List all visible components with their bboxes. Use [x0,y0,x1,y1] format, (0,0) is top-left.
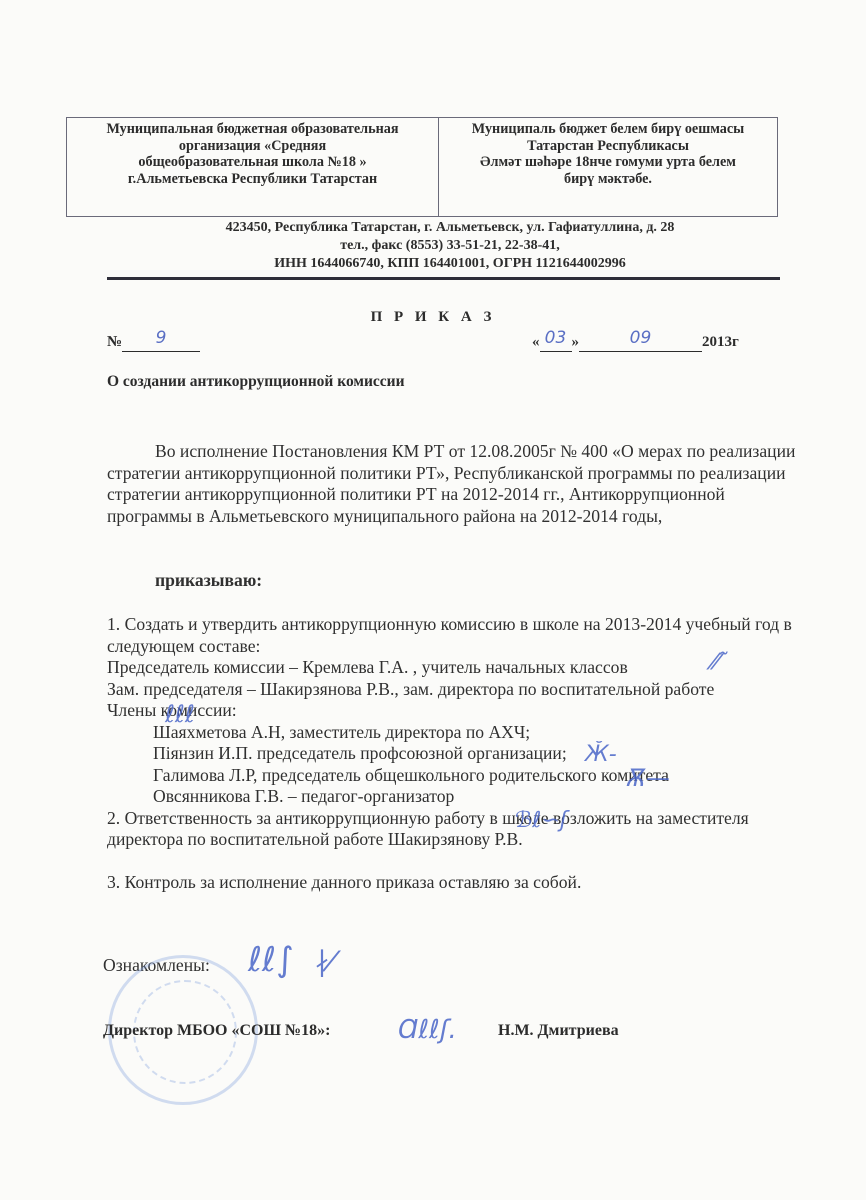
signature-mark-vice-chair: ℓℓℓ [165,700,195,728]
letterhead-tatar: Муниципаль бюджет белем бирү оешмасы Тат… [439,118,777,216]
letterhead-line: Татарстан Республикасы [439,138,777,155]
handwritten-month: 09 [579,328,702,348]
order-date: «03 »09 2013г [532,334,739,352]
letterhead-line: бирү мәктәбе. [439,171,777,188]
number-blank: 9 [122,334,200,352]
document-title: П Р И К А З [0,309,866,326]
chair-line: Председатель комиссии – Кремлева Г.А. , … [107,657,807,679]
members-label: Члены комиссии: [107,700,807,722]
letterhead-line: Муниципальная бюджетная образовательная [67,121,438,138]
member-item: Шаяхметова А.Н, заместитель директора по… [107,722,807,744]
preamble: Во исполнение Постановления КМ РТ от 12.… [107,441,807,527]
director-position: Директор МБОО «СОШ №18»: [103,1022,330,1040]
month-blank: 09 [579,334,702,352]
item-1-text: 1. Создать и утвердить антикоррупционную… [107,614,807,657]
order-subject: О создании антикоррупционной комиссии [107,373,405,391]
signature-mark-ack-1: ℓℓ∫ [248,940,294,980]
member-item: Піянзин И.П. председатель профсоюзной ор… [107,743,807,765]
member-item: Галимова Л.Р, председатель общешкольного… [107,765,807,787]
letterhead-line: Муниципаль бюджет белем бирү оешмасы [439,121,777,138]
phone-line: тел., факс (8553) 33-51-21, 22-38-41, [100,238,800,255]
letterhead-russian: Муниципальная бюджетная образовательная … [67,118,439,216]
preamble-text: Во исполнение Постановления КМ РТ от 12.… [107,441,807,527]
letterhead-line: организация «Средняя [67,138,438,155]
quote-open: « [532,334,540,350]
signature-mark-director: Ɑℓℓʃ. [398,1015,457,1045]
quote-close: » [572,334,580,350]
letterhead-line: г.Альметьевска Республики Татарстан [67,171,438,188]
order-item-1: 1. Создать и утвердить антикоррупционную… [107,614,807,893]
letterhead-line: общеобразовательная школа №18 » [67,154,438,171]
handwritten-day: 03 [540,328,572,348]
signature-mark-chair: ⁄⁄ ̃ [712,650,726,675]
address-line: 423450, Республика Татарстан, г. Альметь… [100,220,800,237]
handwritten-number: 9 [122,328,200,348]
letterhead-line: Әлмәт шәһәре 18нче гомуми урта белем [439,154,777,171]
header-divider [107,277,780,280]
year: 2013г [702,334,739,350]
signature-mark-member-2: Ѫ— [627,764,670,792]
day-blank: 03 [540,334,572,352]
spacer [107,851,807,872]
director-name: Н.М. Дмитриева [498,1022,619,1040]
vice-chair-line: Зам. председателя – Шакирзянова Р.В., за… [107,679,717,701]
member-item: Овсянникова Г.В. – педагог-организатор [107,786,807,808]
item-3-text: 3. Контроль за исполнение данного приказ… [107,872,807,894]
number-prefix: № [107,334,122,350]
item-2-text: 2. Ответственность за антикоррупционную … [107,808,807,851]
signature-mark-member-4: ℬℓ∽ʃ [515,808,567,833]
signature-mark-member-1: Ӂ- [585,742,617,767]
letterhead-table: Муниципальная бюджетная образовательная … [66,117,778,217]
signature-mark-ack-2: ∤⁄ [315,945,334,978]
order-word: приказываю: [155,570,855,592]
registration-line: ИНН 1644066740, КПП 164401001, ОГРН 1121… [100,256,800,273]
order-number: №9 [107,334,200,352]
